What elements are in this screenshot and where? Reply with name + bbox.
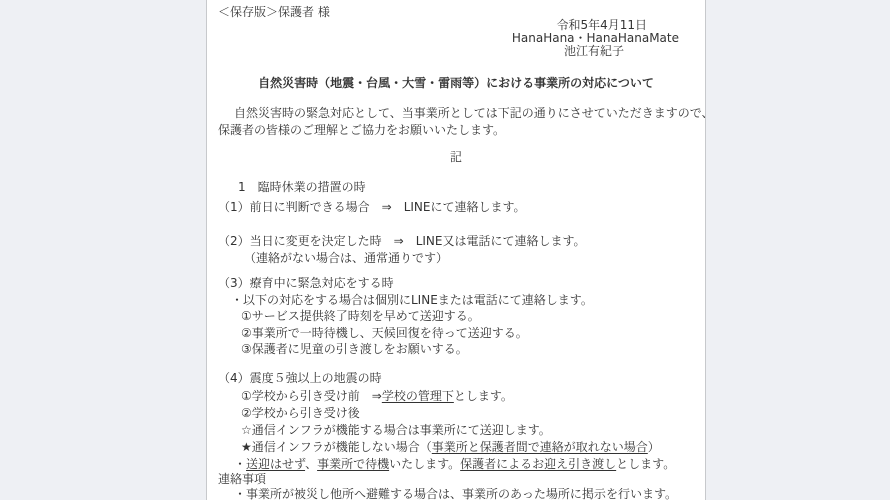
text-segment: 池江有紀子 <box>564 44 624 58</box>
item-1-4-bullet: ・送迎はせず、事業所で待機いたします。保護者によるお迎え引き渡しとします。 <box>234 458 675 471</box>
item-1-2: （2）当日に変更を決定した時 ⇒ LINE又は電話にて連絡します。 <box>218 235 586 248</box>
recipient-line: ＜保存版＞保護者 様 <box>218 6 330 19</box>
text-segment: ） <box>648 440 660 454</box>
text-segment: いたします。 <box>389 457 460 471</box>
item-1-3: （3）療育中に緊急対応をする時 <box>218 277 394 290</box>
text-segment: ・ <box>234 457 246 471</box>
text-segment: （連絡がない場合は、通常通りです） <box>244 251 448 265</box>
intro-line-1: 自然災害時の緊急対応として、当事業所としては下記の通りにさせていただきますので、 <box>234 107 714 120</box>
item-1-2-note: （連絡がない場合は、通常通りです） <box>244 252 448 265</box>
text-segment: ・事業所が被災し <box>234 487 330 500</box>
item-1-3-bullet: ・以下の対応をする場合は個別にLINEまたは電話にて連絡します。 <box>231 294 593 307</box>
text-segment: ②学校から引き受け後 <box>241 406 360 420</box>
author-line: 池江有紀子 <box>564 45 624 58</box>
document-viewer-background: ＜保存版＞保護者 様令和5年4月11日HanaHana・HanaHanaMate… <box>0 0 890 500</box>
text-segment: 1 臨時休業の措置の時 <box>238 180 366 194</box>
text-segment: 保護者の皆様のご理解とご協力をお願いいたします。 <box>218 123 505 137</box>
item-1-3-sub-3: ③保護者に児童の引き渡しをお願いする。 <box>241 343 468 356</box>
text-segment: ①サービス提供終了時刻を早めて送迎する。 <box>241 309 480 323</box>
text-segment: は、事業所のあった場所に <box>438 487 582 500</box>
item-1-4-star-white: ☆通信インフラが機能する場合は事業所にて送迎します。 <box>241 424 551 437</box>
text-segment: を行います。 <box>606 487 677 500</box>
text-segment: HanaHana・HanaHanaMate <box>512 31 679 45</box>
underlined-text: 事業所で待機 <box>317 457 389 471</box>
text-segment: 令和5年4月11日 <box>556 18 647 32</box>
item-1-1: （1）前日に判断できる場合 ⇒ LINEにて連絡します。 <box>218 201 526 214</box>
notice-heading: 連絡事項 <box>218 473 266 486</box>
item-1-4: （4）震度５強以上の地震の時 <box>218 372 382 385</box>
text-segment: ☆通信インフラが機能する場合は事業所にて送迎します。 <box>241 423 551 437</box>
text-segment: ③保護者に児童の引き渡しをお願いする。 <box>241 342 468 356</box>
text-segment: （2）当日に変更を決定した時 ⇒ LINE又は電話にて連絡します。 <box>218 234 586 248</box>
text-segment: ・以下の対応をする場合は個別にLINEまたは電話にて連絡します。 <box>231 293 593 307</box>
text-segment: ②事業所で一時待機し、天候回復を待って送迎する。 <box>241 326 528 340</box>
text-segment: （4）震度５強以上の地震の時 <box>218 371 382 385</box>
text-segment: ①学校から引き受け前 ⇒ <box>241 389 382 403</box>
text-segment: 自然災害時（地震・台風・大雪・雷雨等）における事業所の対応について <box>258 76 654 90</box>
text-segment: ★通信インフラが機能しない場合（ <box>241 440 432 454</box>
section-1-heading: 1 臨時休業の措置の時 <box>238 181 366 194</box>
item-1-3-sub-2: ②事業所で一時待機し、天候回復を待って送迎する。 <box>241 327 528 340</box>
text-segment: とします。 <box>616 457 675 471</box>
text-segment: 連絡事項 <box>218 472 266 486</box>
underlined-text: 学校の管理下 <box>382 389 454 403</box>
underlined-text: 保護者によるお迎え引き渡し <box>460 457 616 471</box>
text-segment: とします。 <box>454 389 513 403</box>
text-segment: 自然災害時の緊急対応として、当事業所としては下記の通りにさせていただきますので、 <box>234 106 714 120</box>
underlined-text: 事業所と保護者間で連絡が取れない場合 <box>432 440 648 454</box>
item-1-4-sub-1: ①学校から引き受け前 ⇒学校の管理下とします。 <box>241 390 513 403</box>
item-1-3-sub-1: ①サービス提供終了時刻を早めて送迎する。 <box>241 310 480 323</box>
underlined-text: 掲示 <box>582 487 606 500</box>
text-segment: 、 <box>305 457 317 471</box>
text-segment: 記 <box>450 150 462 164</box>
text-segment: （1）前日に判断できる場合 ⇒ LINEにて連絡します。 <box>218 200 526 214</box>
item-1-4-star-black: ★通信インフラが機能しない場合（事業所と保護者間で連絡が取れない場合） <box>241 441 660 454</box>
document-page: ＜保存版＞保護者 様令和5年4月11日HanaHana・HanaHanaMate… <box>206 0 706 500</box>
notice-bullet: ・事業所が被災し他所へ避難する場合は、事業所のあった場所に掲示を行います。 <box>234 488 677 500</box>
underlined-text: 送迎はせず <box>246 457 305 471</box>
underlined-text: 他所へ避難する場合 <box>330 487 438 500</box>
item-1-4-sub-2: ②学校から引き受け後 <box>241 407 360 420</box>
document-title: 自然災害時（地震・台風・大雪・雷雨等）における事業所の対応について <box>207 77 705 90</box>
ki-marker: 記 <box>207 151 705 164</box>
intro-line-2: 保護者の皆様のご理解とご協力をお願いいたします。 <box>218 124 505 137</box>
text-segment: （3）療育中に緊急対応をする時 <box>218 276 394 290</box>
text-segment: ＜保存版＞保護者 様 <box>218 5 330 19</box>
